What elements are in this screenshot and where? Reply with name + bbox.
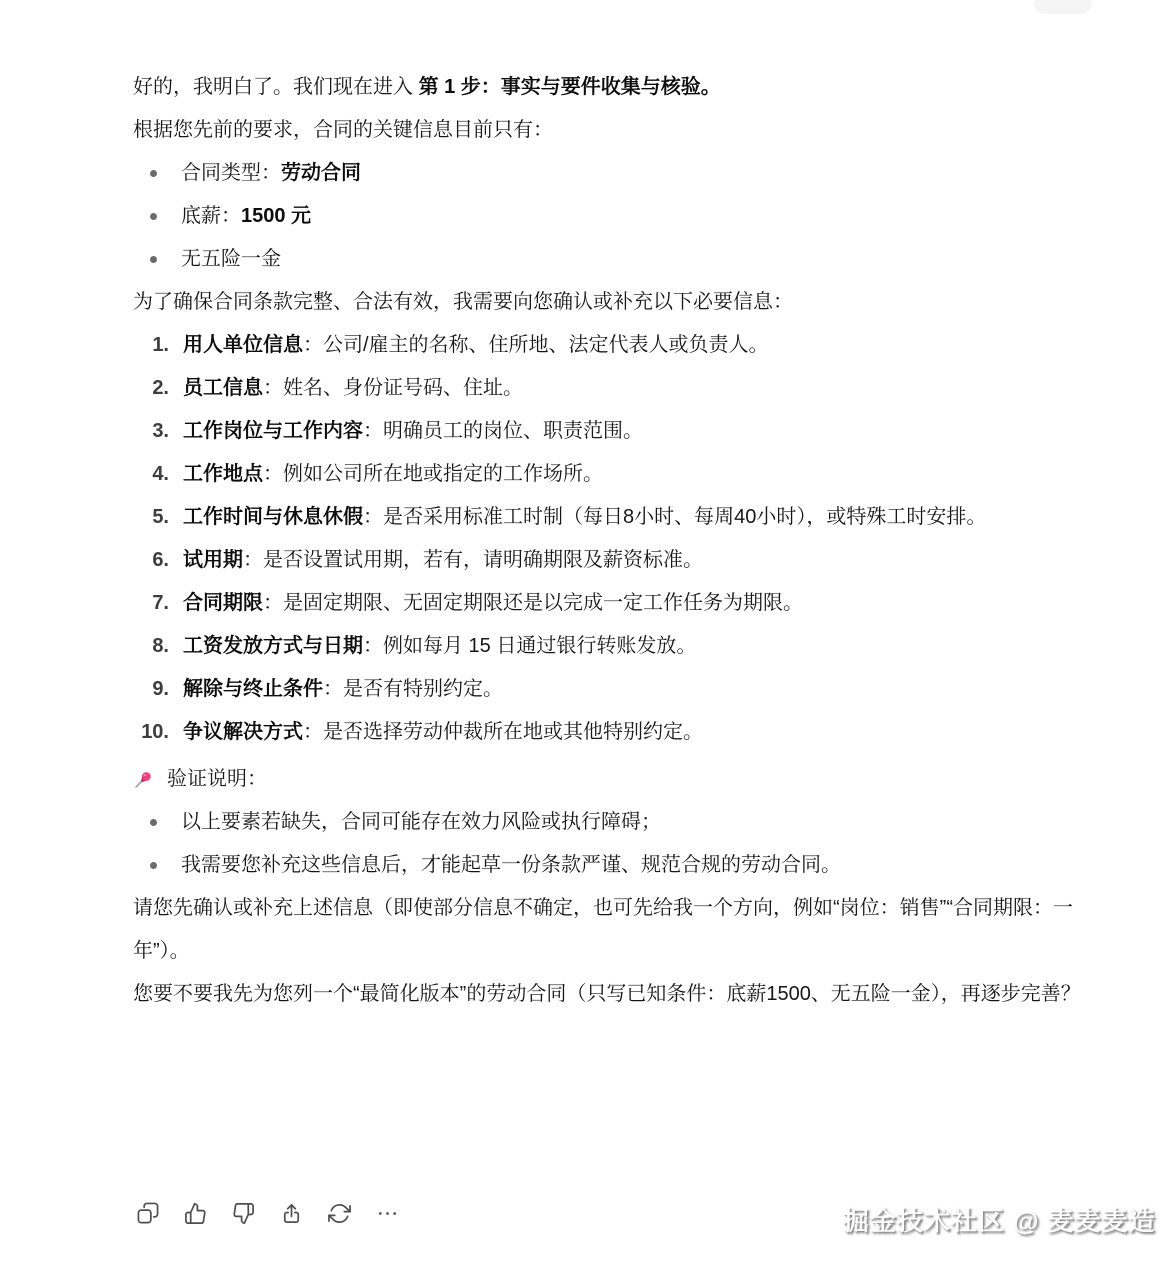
thumbs-up-icon bbox=[184, 1202, 207, 1225]
pushpin-icon bbox=[133, 769, 154, 790]
item-term: 工作地点 bbox=[183, 463, 263, 485]
thumbs-down-icon bbox=[232, 1202, 255, 1225]
watermark: 掘金技术社区 @ 麦麦麦造 bbox=[843, 1201, 1156, 1238]
item-label: 无五险一金 bbox=[181, 248, 281, 270]
item-number: 2. bbox=[133, 367, 169, 410]
assistant-message: 好的，我明白了。我们现在进入 第 1 步：事实与要件收集与核验。 根据您先前的要… bbox=[133, 66, 1095, 1016]
item-number: 9. bbox=[133, 668, 169, 711]
item-number: 10. bbox=[133, 711, 169, 754]
closing-paragraph-1: 请您先确认或补充上述信息（即使部分信息不确定，也可先给我一个方向，例如“岗位：销… bbox=[133, 887, 1095, 973]
item-value: 1500 元 bbox=[241, 205, 311, 227]
item-number: 6. bbox=[133, 539, 169, 582]
list-item: 1.用人单位信息：公司/雇主的名称、住所地、法定代表人或负责人。 bbox=[133, 324, 1095, 367]
list-item: 9.解除与终止条件：是否有特别约定。 bbox=[133, 668, 1095, 711]
item-term: 员工信息 bbox=[183, 377, 263, 399]
item-term: 用人单位信息 bbox=[183, 334, 303, 356]
item-value: 劳动合同 bbox=[281, 162, 361, 184]
item-desc: ：姓名、身份证号码、住址。 bbox=[263, 377, 523, 399]
thumbs-up-button[interactable] bbox=[178, 1196, 213, 1231]
list-item: 3.工作岗位与工作内容：明确员工的岗位、职责范围。 bbox=[133, 410, 1095, 453]
intro-bold-text: 第 1 步：事实与要件收集与核验。 bbox=[419, 76, 721, 98]
item-desc: ：明确员工的岗位、职责范围。 bbox=[363, 420, 643, 442]
known-info-list: 合同类型：劳动合同 底薪：1500 元 无五险一金 bbox=[133, 152, 1095, 281]
list-item: 7.合同期限：是固定期限、无固定期限还是以完成一定工作任务为期限。 bbox=[133, 582, 1095, 625]
list-item: 无五险一金 bbox=[133, 238, 1095, 281]
item-desc: ：是固定期限、无固定期限还是以完成一定工作任务为期限。 bbox=[263, 592, 803, 614]
list-item: 底薪：1500 元 bbox=[133, 195, 1095, 238]
user-bubble-remnant bbox=[1034, 0, 1092, 14]
confirm-lead: 为了确保合同条款完整、合法有效，我需要向您确认或补充以下必要信息： bbox=[133, 281, 1095, 324]
item-desc: ：例如每月 15 日通过银行转账发放。 bbox=[363, 635, 696, 657]
item-term: 解除与终止条件 bbox=[183, 678, 323, 700]
item-desc: ：是否采用标准工时制（每日8小时、每周40小时），或特殊工时安排。 bbox=[363, 506, 986, 528]
more-icon bbox=[376, 1202, 399, 1225]
list-item: 5.工作时间与休息休假：是否采用标准工时制（每日8小时、每周40小时），或特殊工… bbox=[133, 496, 1095, 539]
item-number: 4. bbox=[133, 453, 169, 496]
thumbs-down-button[interactable] bbox=[226, 1196, 261, 1231]
item-term: 工作岗位与工作内容 bbox=[183, 420, 363, 442]
more-options-button[interactable] bbox=[370, 1196, 405, 1231]
closing-paragraph-2: 您要不要我先为您列一个“最简化版本”的劳动合同（只写已知条件：底薪1500、无五… bbox=[133, 973, 1095, 1016]
item-term: 合同期限 bbox=[183, 592, 263, 614]
share-button[interactable] bbox=[274, 1196, 309, 1231]
list-item: 4.工作地点：例如公司所在地或指定的工作场所。 bbox=[133, 453, 1095, 496]
list-item: 8.工资发放方式与日期：例如每月 15 日通过银行转账发放。 bbox=[133, 625, 1095, 668]
item-label: 合同类型： bbox=[181, 162, 281, 184]
list-item: 6.试用期：是否设置试用期，若有，请明确期限及薪资标准。 bbox=[133, 539, 1095, 582]
item-term: 工作时间与休息休假 bbox=[183, 506, 363, 528]
required-info-list: 1.用人单位信息：公司/雇主的名称、住所地、法定代表人或负责人。 2.员工信息：… bbox=[133, 324, 1095, 754]
item-desc: ：是否选择劳动仲裁所在地或其他特别约定。 bbox=[303, 721, 703, 743]
copy-button[interactable] bbox=[130, 1196, 165, 1231]
verify-title: 验证说明： bbox=[167, 758, 267, 801]
item-term: 工资发放方式与日期 bbox=[183, 635, 363, 657]
copy-icon bbox=[136, 1202, 159, 1225]
item-number: 1. bbox=[133, 324, 169, 367]
item-desc: ：例如公司所在地或指定的工作场所。 bbox=[263, 463, 603, 485]
message-actions-toolbar bbox=[130, 1196, 405, 1231]
known-info-lead: 根据您先前的要求，合同的关键信息目前只有： bbox=[133, 109, 1095, 152]
item-term: 争议解决方式 bbox=[183, 721, 303, 743]
list-item: 我需要您补充这些信息后，才能起草一份条款严谨、规范合规的劳动合同。 bbox=[133, 844, 1095, 887]
item-desc: ：是否有特别约定。 bbox=[323, 678, 503, 700]
item-term: 试用期 bbox=[183, 549, 243, 571]
verify-heading: 验证说明： bbox=[133, 758, 1095, 801]
item-desc: ：公司/雇主的名称、住所地、法定代表人或负责人。 bbox=[303, 334, 769, 356]
list-item: 2.员工信息：姓名、身份证号码、住址。 bbox=[133, 367, 1095, 410]
share-icon bbox=[280, 1202, 303, 1225]
list-item: 10.争议解决方式：是否选择劳动仲裁所在地或其他特别约定。 bbox=[133, 711, 1095, 754]
list-item: 以上要素若缺失，合同可能存在效力风险或执行障碍； bbox=[133, 801, 1095, 844]
regenerate-button[interactable] bbox=[322, 1196, 357, 1231]
item-number: 5. bbox=[133, 496, 169, 539]
intro-text: 好的，我明白了。我们现在进入 bbox=[133, 76, 419, 98]
list-item: 合同类型：劳动合同 bbox=[133, 152, 1095, 195]
item-number: 8. bbox=[133, 625, 169, 668]
regenerate-icon bbox=[328, 1202, 351, 1225]
verify-points-list: 以上要素若缺失，合同可能存在效力风险或执行障碍； 我需要您补充这些信息后，才能起… bbox=[133, 801, 1095, 887]
intro-paragraph: 好的，我明白了。我们现在进入 第 1 步：事实与要件收集与核验。 bbox=[133, 66, 1095, 109]
item-number: 3. bbox=[133, 410, 169, 453]
item-desc: ：是否设置试用期，若有，请明确期限及薪资标准。 bbox=[243, 549, 703, 571]
item-label: 底薪： bbox=[181, 205, 241, 227]
item-number: 7. bbox=[133, 582, 169, 625]
